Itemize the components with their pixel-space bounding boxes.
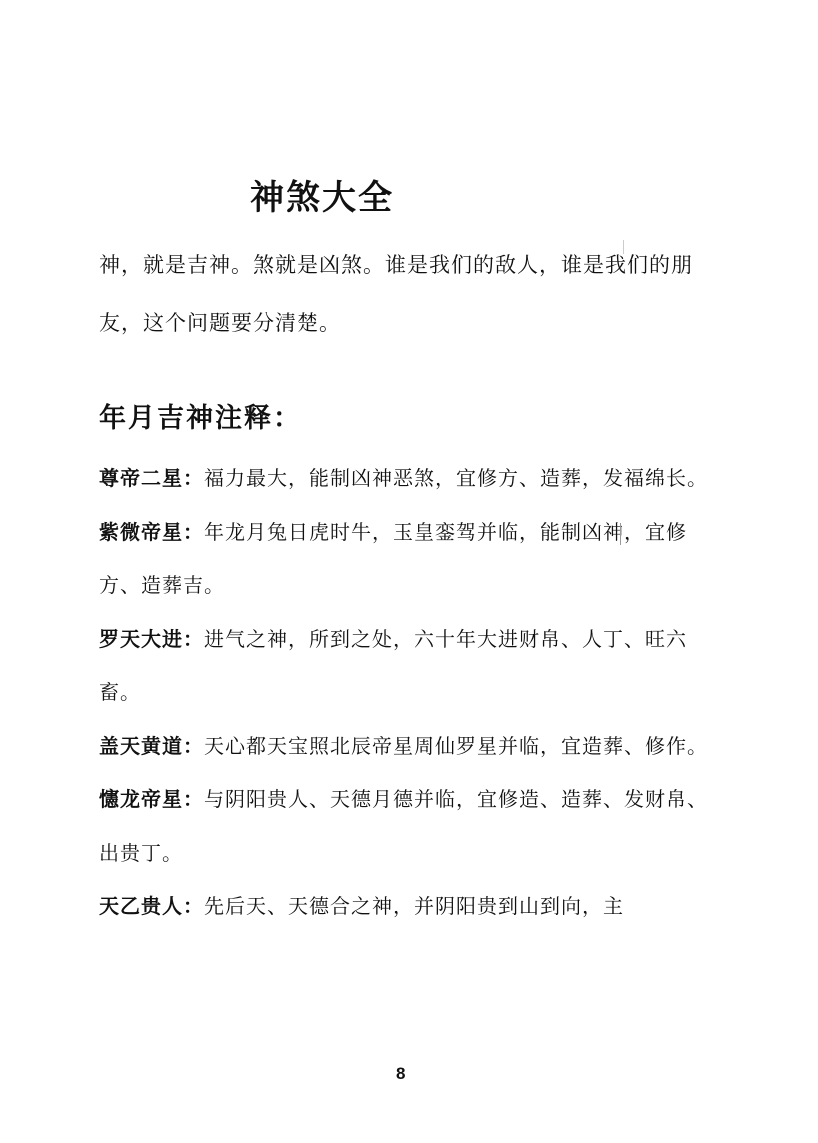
page-number: 8 [396, 1064, 405, 1084]
scan-artifact [620, 523, 621, 545]
entry-term: 罗天大进： [99, 627, 204, 651]
intro-paragraph: 神，就是吉神。煞就是凶煞。谁是我们的敌人，谁是我们的朋友，这个问题要分清楚。 [99, 236, 719, 352]
entry-term: 天乙贵人： [99, 894, 204, 918]
document-page: 神煞大全 神，就是吉神。煞就是凶煞。谁是我们的敌人，谁是我们的朋友，这个问题要分… [0, 0, 818, 1143]
entry-text: 天心都天宝照北辰帝星周仙罗星并临，宜造葬、修作。 [204, 734, 708, 758]
entry-term: 尊帝二星： [99, 466, 204, 490]
entry-item: 尊帝二星：福力最大，能制凶神恶煞，宜修方、造葬，发福绵长。 [99, 452, 714, 506]
entry-text: 先后天、天德合之神，并阴阳贵到山到向，主 [204, 894, 624, 918]
entry-term: 㦥龙帝星： [99, 787, 204, 811]
entry-item: 紫微帝星：年龙月兔日虎时牛，玉皇銮驾并临，能制凶神，宜修方、造葬吉。 [99, 506, 714, 613]
scan-artifact [623, 240, 624, 254]
entry-term: 紫微帝星： [99, 520, 204, 544]
entry-text: 福力最大，能制凶神恶煞，宜修方、造葬，发福绵长。 [204, 466, 708, 490]
entry-item: 罗天大进：进气之神，所到之处，六十年大进财帛、人丁、旺六畜。 [99, 613, 714, 720]
entry-list: 尊帝二星：福力最大，能制凶神恶煞，宜修方、造葬，发福绵长。 紫微帝星：年龙月兔日… [99, 452, 714, 934]
entry-item: 㦥龙帝星：与阴阳贵人、天德月德并临，宜修造、造葬、发财帛、出贵丁。 [99, 773, 714, 880]
entry-item: 天乙贵人：先后天、天德合之神，并阴阳贵到山到向，主 [99, 880, 714, 934]
entry-item: 盖天黄道：天心都天宝照北辰帝星周仙罗星并临，宜造葬、修作。 [99, 720, 714, 774]
entry-term: 盖天黄道： [99, 734, 204, 758]
section-heading: 年月吉神注释： [99, 396, 302, 435]
page-title: 神煞大全 [250, 170, 394, 219]
